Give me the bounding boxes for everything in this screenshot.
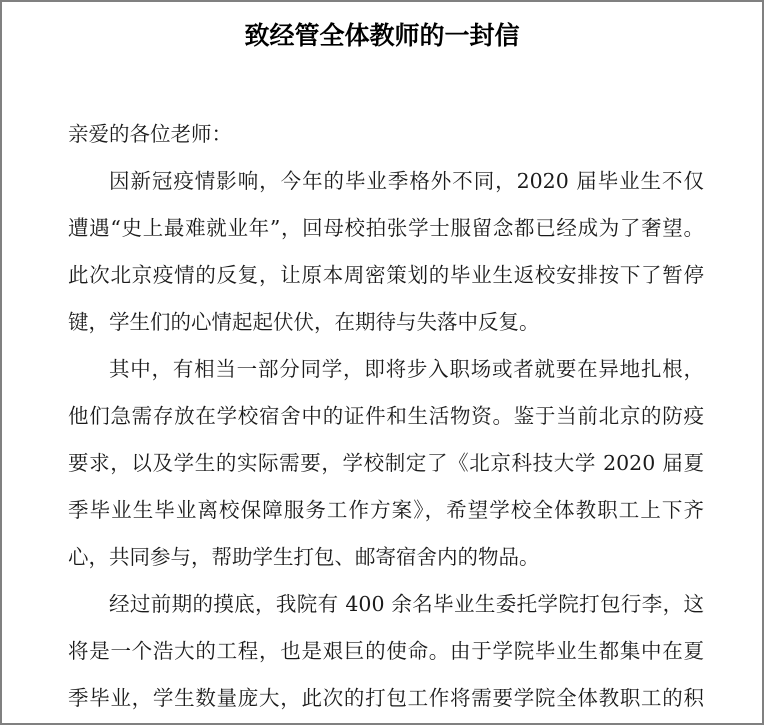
paragraph-line: 季毕业生毕业离校保障服务工作方案》，希望学校全体教职工上下齐 (68, 490, 704, 537)
paragraph-line: 此次北京疫情的反复，让原本周密策划的毕业生返校安排按下了暂停 (68, 255, 704, 302)
letter-body: 亲爱的各位老师： 因新冠疫情影响，今年的毕业季格外不同，2020 届毕业生不仅 … (68, 114, 704, 725)
paragraph-1: 因新冠疫情影响，今年的毕业季格外不同，2020 届毕业生不仅 遭遇“史上最难就业… (68, 161, 704, 349)
paragraph-line: 将是一个浩大的工程，也是艰巨的使命。由于学院毕业生都集中在夏 (68, 631, 704, 678)
paragraph-line: 经过前期的摸底，我院有 400 余名毕业生委托学院打包行李，这 (68, 584, 704, 631)
paragraph-line: 其中，有相当一部分同学，即将步入职场或者就要在异地扎根， (68, 349, 704, 396)
paragraph-line: 季毕业，学生数量庞大，此次的打包工作将需要学院全体教职工的积 (68, 678, 704, 725)
paragraph-line: 因新冠疫情影响，今年的毕业季格外不同，2020 届毕业生不仅 (68, 161, 704, 208)
paragraph-3: 经过前期的摸底，我院有 400 余名毕业生委托学院打包行李，这 将是一个浩大的工… (68, 584, 704, 725)
paragraph-line: 心，共同参与，帮助学生打包、邮寄宿舍内的物品。 (68, 537, 704, 584)
paragraph-2: 其中，有相当一部分同学，即将步入职场或者就要在异地扎根， 他们急需存放在学校宿舍… (68, 349, 704, 584)
paragraph-line: 遭遇“史上最难就业年”，回母校拍张学士服留念都已经成为了奢望。 (68, 208, 704, 255)
letter-greeting: 亲爱的各位老师： (68, 114, 704, 161)
paragraph-line: 要求，以及学生的实际需要，学校制定了《北京科技大学 2020 届夏 (68, 443, 704, 490)
document-page: 致经管全体教师的一封信 亲爱的各位老师： 因新冠疫情影响，今年的毕业季格外不同，… (0, 0, 764, 725)
paragraph-line: 键，学生们的心情起起伏伏，在期待与失落中反复。 (68, 302, 704, 349)
letter-title: 致经管全体教师的一封信 (2, 18, 762, 54)
paragraph-line: 他们急需存放在学校宿舍中的证件和生活物资。鉴于当前北京的防疫 (68, 396, 704, 443)
